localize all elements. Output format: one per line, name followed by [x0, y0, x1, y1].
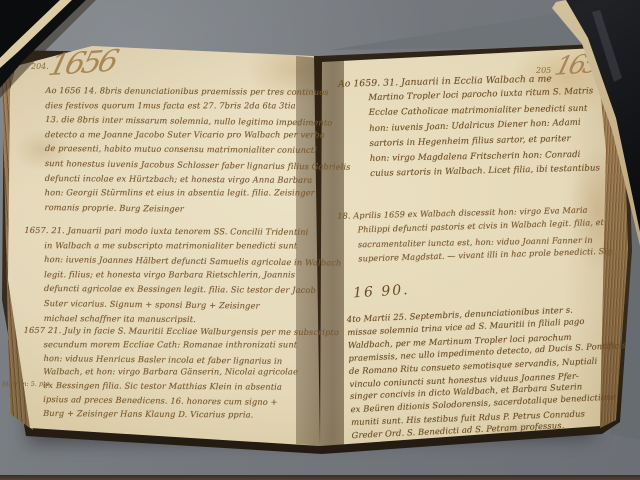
left-page-number: 204.: [31, 62, 49, 71]
manuscript-line: Walbach, et hon: virgo Barbara Gänserin,…: [43, 366, 318, 380]
manuscript-line: detecto a me Joanne Jacobo Suter Vicario…: [45, 127, 320, 142]
manuscript-line: in Walbach a me subscripto matrimonialit…: [44, 238, 319, 253]
manuscript-line: 1657. 21. Januarii pari modo iuxta tenor…: [24, 223, 319, 240]
manuscript-photo: 204. 1656 Matrim: 5. pta Ao 1656 14. 8br…: [0, 0, 640, 480]
manuscript-line: defuncti agricolae ex Bessingen legit. f…: [44, 281, 319, 298]
manuscript-entry-1659-apr: 18. Aprilis 1659 ex Walbach discessit ho…: [357, 202, 630, 266]
left-year-flourish: 1656: [45, 44, 120, 83]
manuscript-line: secundum morem Eccliae Cath: Romanae int…: [44, 338, 319, 352]
manuscript-entry-1657-jul: 1657 21. July in facie S. Mauritii Eccli…: [43, 324, 319, 422]
year-heading-1690: 16 90.: [353, 282, 410, 301]
manuscript-entry-1659-jan: Ao 1659. 31. Januarii in Ecclia Walbach …: [368, 70, 621, 182]
manuscript-line: Ao 1656 14. 8bris denunciationibus praem…: [45, 83, 320, 100]
manuscript-line: legit. filius; et honesta virgo Barbara …: [44, 267, 319, 282]
manuscript-line: de praesenti, habito mutuo consensu matr…: [45, 141, 320, 158]
manuscript-line: dies festivos quorum 1mus facta est 27. …: [45, 98, 320, 113]
manuscript-line: romanis proprie. Burg Zeisinger: [44, 200, 319, 218]
manuscript-line: hon: Georgii Stürmlins et eius in absent…: [45, 185, 320, 200]
manuscript-entry-1690-sep: 4to Martii 25. Septembris, denunciationi…: [347, 301, 640, 442]
manuscript-entry-1656: Ao 1656 14. 8bris denunciationibus praem…: [45, 83, 321, 216]
manuscript-entry-1657-jan: 1657. 21. Januarii pari modo iuxta tenor…: [44, 223, 320, 327]
table-front-edge: [0, 475, 640, 480]
